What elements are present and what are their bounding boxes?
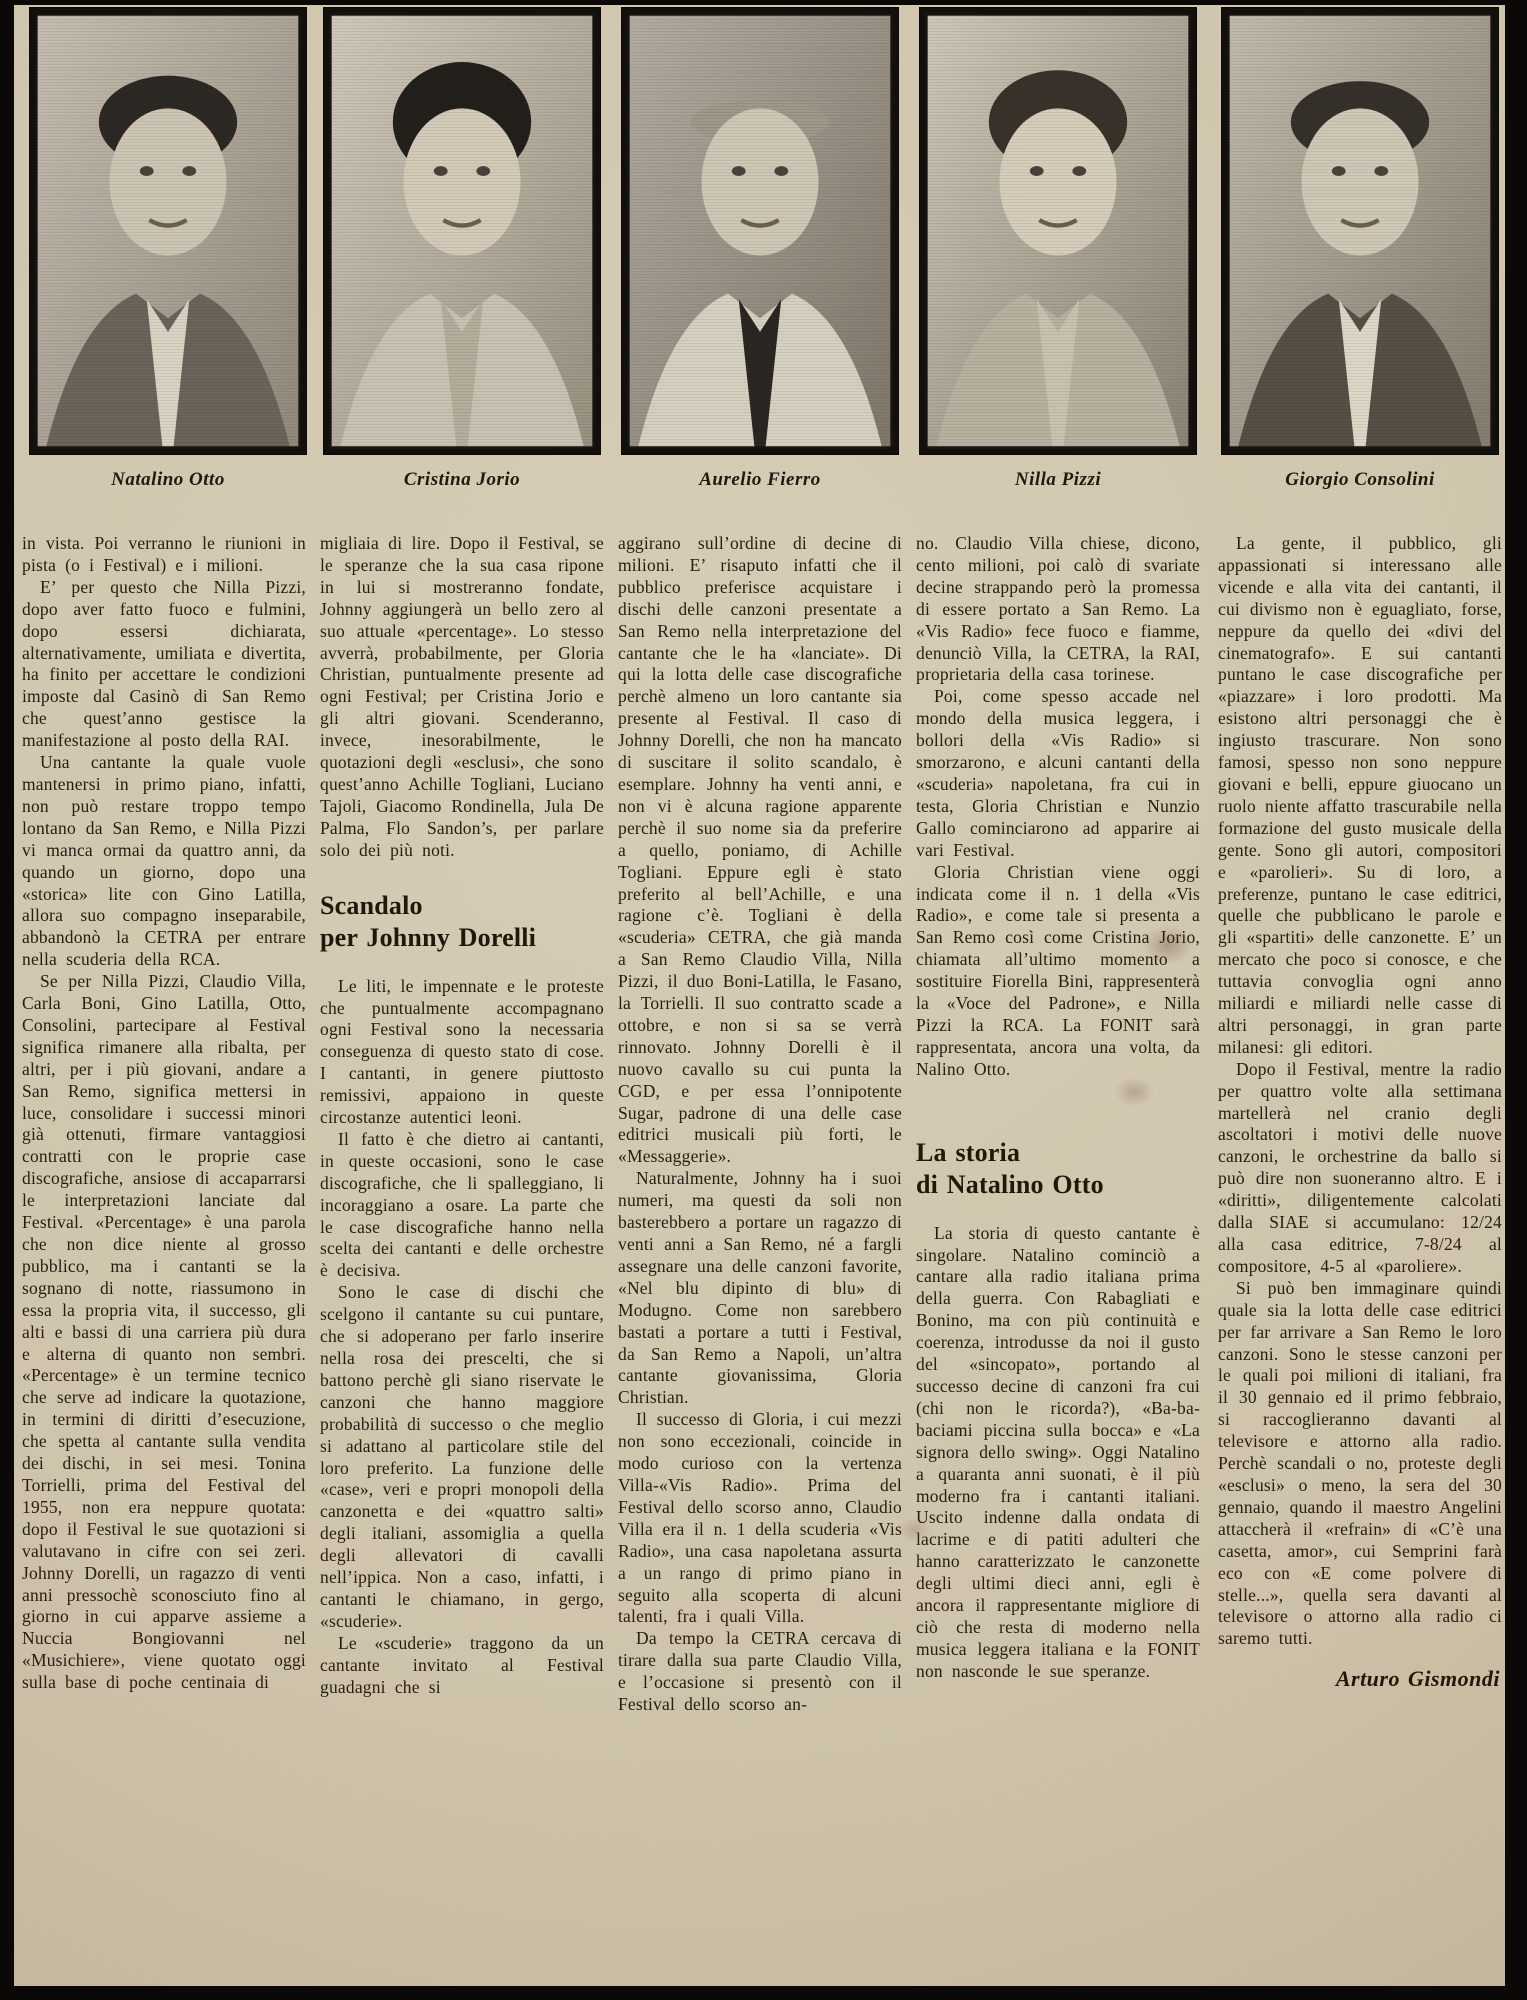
portrait-illustration: [35, 13, 301, 449]
article-paragraph-continued: migliaia di lire. Dopo il Festival, se l…: [320, 533, 604, 862]
photo-grain-overlay: [35, 13, 301, 449]
article-paragraph: Da tempo la CETRA cercava di tirare dall…: [618, 1628, 902, 1716]
article-paragraph: Dopo il Festival, mentre la radio per qu…: [1218, 1059, 1502, 1278]
photo-natalino-otto: [30, 8, 306, 454]
article-paragraph-continued: in vista. Poi verranno le riunioni in pi…: [22, 533, 306, 577]
article-paragraph: Il successo di Gloria, i cui mezzi non s…: [618, 1409, 902, 1628]
photo-aurelio-fierro: [622, 8, 898, 454]
photo-caption-giorgio-consolini: Giorgio Consolini: [1222, 469, 1498, 491]
article-paragraph: Una cantante la quale vuole mantenersi i…: [22, 752, 306, 971]
article-paragraph: Le liti, le impennate e le proteste che …: [320, 976, 604, 1129]
article-paragraph-continued: no. Claudio Villa chiese, dicono, cento …: [916, 533, 1200, 686]
article-paragraph: Naturalmente, Johnny ha i suoi numeri, m…: [618, 1168, 902, 1409]
article-column-2: migliaia di lire. Dopo il Festival, se l…: [320, 533, 604, 1983]
photo-grain-overlay: [1227, 13, 1493, 449]
photo-nilla-pizzi: [920, 8, 1196, 454]
article-column-4: no. Claudio Villa chiese, dicono, cento …: [916, 533, 1200, 1983]
article-paragraph: Poi, come spesso accade nel mondo della …: [916, 686, 1200, 861]
article-paragraph: Il fatto è che dietro ai cantanti, in qu…: [320, 1129, 604, 1282]
photo-caption-cristina-jorio: Cristina Jorio: [324, 469, 600, 491]
photo-caption-aurelio-fierro: Aurelio Fierro: [622, 469, 898, 491]
article-paragraph: Le «scuderie» traggono da un cantante in…: [320, 1633, 604, 1699]
heading-line: La storia: [916, 1137, 1200, 1169]
photo-grain-overlay: [925, 13, 1191, 449]
article-paragraph: Se per Nilla Pizzi, Claudio Villa, Carla…: [22, 971, 306, 1694]
photo-grain-overlay: [329, 13, 595, 449]
article-column-5: La gente, il pubblico, gli appassionati …: [1218, 533, 1502, 1983]
article-paragraph: Sono le case di dischi che scelgono il c…: [320, 1282, 604, 1633]
photo-caption-nilla-pizzi: Nilla Pizzi: [920, 469, 1196, 491]
byline-author: Arturo Gismondi: [1218, 1668, 1502, 1690]
portrait-illustration: [627, 13, 893, 449]
photo-caption-natalino-otto: Natalino Otto: [30, 469, 306, 491]
article-paragraph-continued: aggirano sull’ordine di decine di milion…: [618, 533, 902, 1168]
heading-line: di Natalino Otto: [916, 1169, 1200, 1201]
photo-grain-overlay: [627, 13, 893, 449]
portrait-illustration: [329, 13, 595, 449]
section-heading-scandalo-per-johnny-dorelli: Scandaloper Johnny Dorelli: [320, 890, 604, 954]
article-paragraph: Gloria Christian viene oggi indicata com…: [916, 862, 1200, 1081]
heading-line: Scandalo: [320, 890, 604, 922]
heading-line: per Johnny Dorelli: [320, 922, 604, 954]
article-paragraph: E’ per questo che Nilla Pizzi, dopo aver…: [22, 577, 306, 752]
section-heading-la-storia-di-natalino-otto: La storiadi Natalino Otto: [916, 1137, 1200, 1201]
article-column-1: in vista. Poi verranno le riunioni in pi…: [22, 533, 306, 1983]
portrait-illustration: [925, 13, 1191, 449]
portrait-illustration: [1227, 13, 1493, 449]
article-column-3: aggirano sull’ordine di decine di milion…: [618, 533, 902, 1983]
photo-giorgio-consolini: [1222, 8, 1498, 454]
scanned-magazine-page: { "photos": [ {"caption": "Natalino Otto…: [0, 0, 1527, 2000]
article-paragraph: Si può ben immaginare quindi quale sia l…: [1218, 1278, 1502, 1650]
photo-cristina-jorio: [324, 8, 600, 454]
article-paragraph: La gente, il pubblico, gli appassionati …: [1218, 533, 1502, 1059]
article-paragraph: La storia di questo cantante è singolare…: [916, 1223, 1200, 1683]
paper-background: Natalino Otto Cristina Jorio: [14, 5, 1505, 1986]
